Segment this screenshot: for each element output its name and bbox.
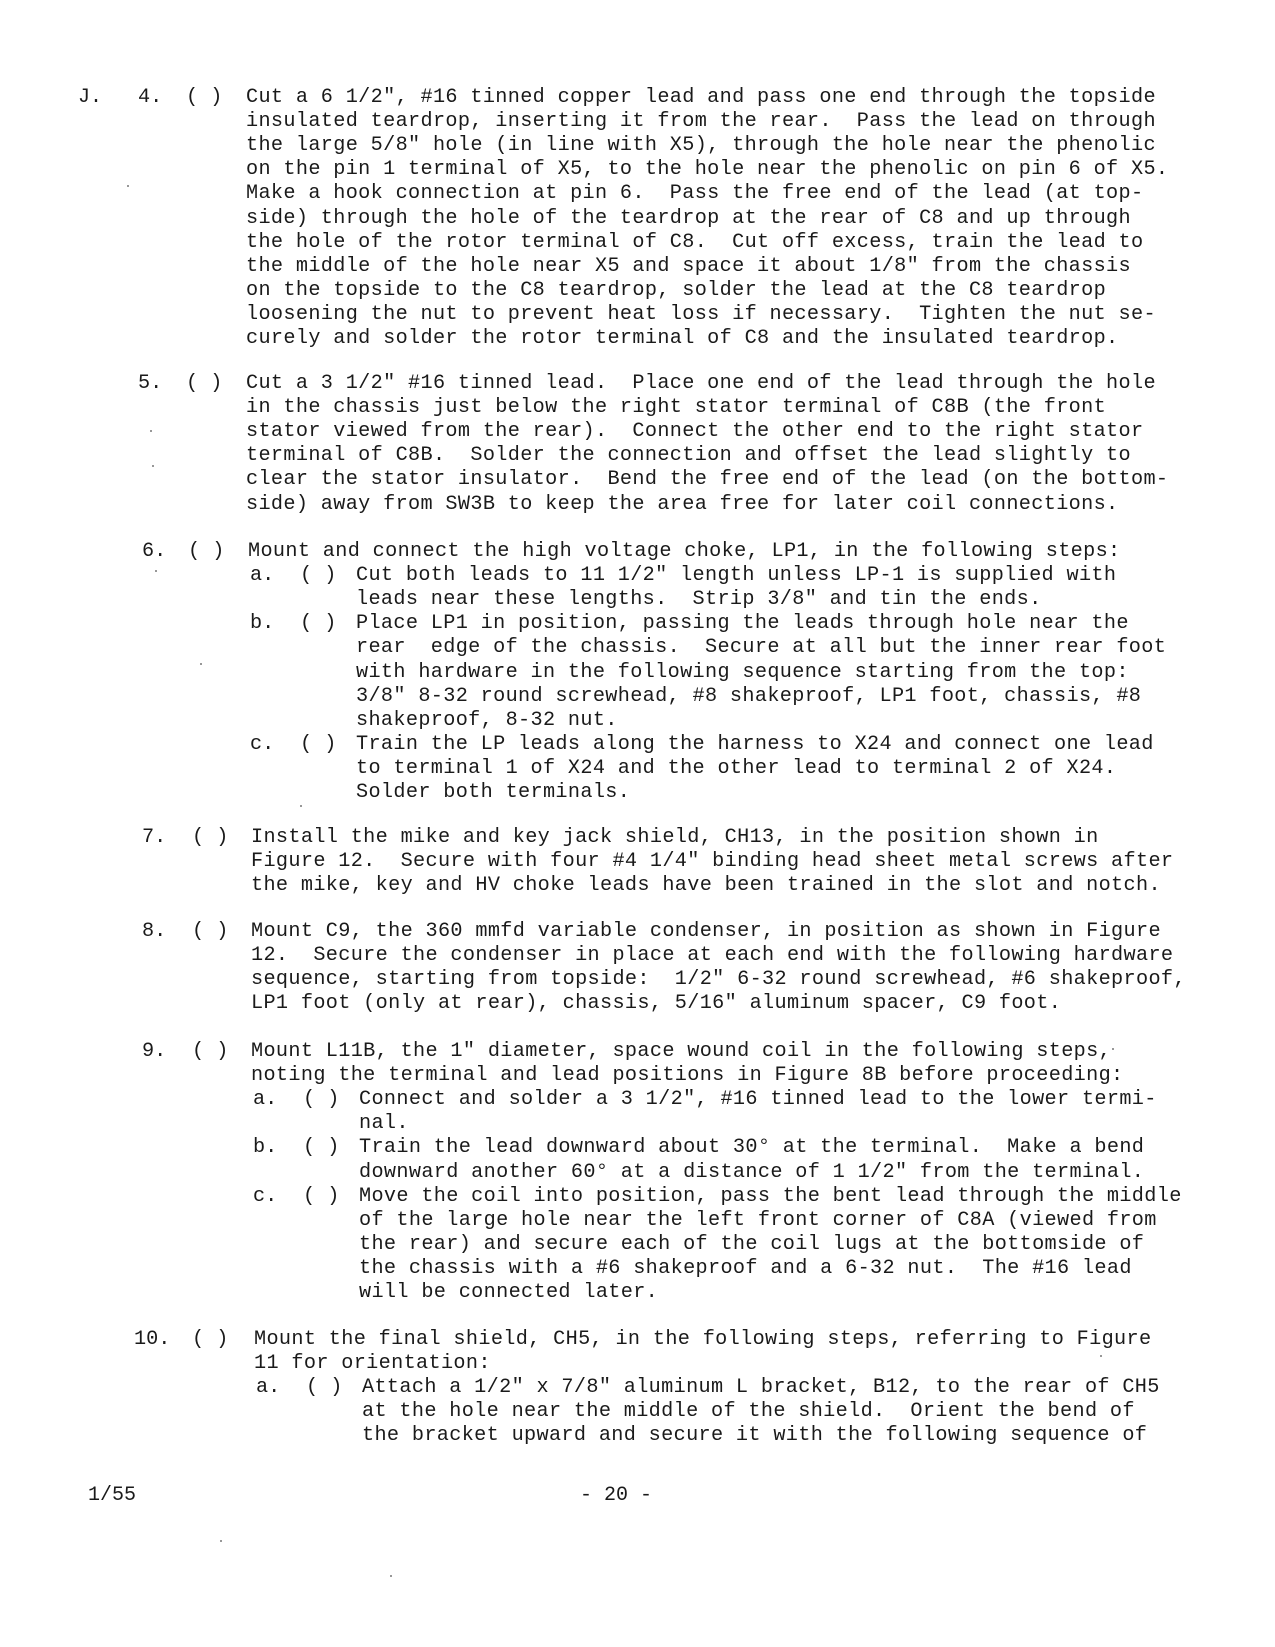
substep-text-line: Solder both terminals. [356,781,630,805]
step-number: 9. [142,1040,166,1064]
step-number: 6. [142,540,166,564]
scan-speck [152,465,154,467]
step-checkbox[interactable]: ( ) [192,826,228,850]
step-text-line: side) away from SW3B to keep the area fr… [246,493,1119,517]
step-text-line: Mount C9, the 360 mmfd variable condense… [251,920,1161,944]
substep-text-line: Connect and solder a 3 1/2", #16 tinned … [359,1088,1157,1112]
substep-letter: a. [256,1376,280,1400]
step-text-line: curely and solder the rotor terminal of … [246,327,1119,351]
scan-speck [390,1575,392,1577]
section-letter: J. [78,86,102,110]
substep-text-line: rear edge of the chassis. Secure at all … [356,636,1166,660]
step-text-line: noting the terminal and lead positions i… [251,1064,1124,1088]
substep-text-line: of the large hole near the left front co… [359,1209,1157,1233]
step-text-line: the large 5/8" hole (in line with X5), t… [246,134,1156,158]
step-checkbox[interactable]: ( ) [186,86,222,110]
substep-text-line: Train the lead downward about 30° at the… [359,1136,1144,1160]
substep-text-line: shakeproof, 8-32 nut. [356,709,618,733]
substep-checkbox[interactable]: ( ) [303,1088,339,1112]
step-text-line: the hole of the rotor terminal of C8. Cu… [246,231,1143,255]
substep-text-line: the bracket upward and secure it with th… [362,1424,1147,1448]
substep-text-line: Move the coil into position, pass the be… [359,1185,1182,1209]
substep-text-line: downward another 60° at a distance of 1 … [359,1161,1144,1185]
step-text-line: the middle of the hole near X5 and space… [246,255,1131,279]
scan-speck [300,805,302,807]
substep-letter: c. [250,733,274,757]
document-page: J. 4.( )Cut a 6 1/2", #16 tinned copper … [0,0,1275,1647]
substep-text-line: Attach a 1/2" x 7/8" aluminum L bracket,… [362,1376,1160,1400]
step-text-line: Mount and connect the high voltage choke… [248,540,1121,564]
step-checkbox[interactable]: ( ) [188,540,224,564]
date-code: 1/55 [88,1484,136,1508]
step-text-line: on the topside to the C8 teardrop, solde… [246,279,1106,303]
substep-text-line: nal. [359,1112,409,1136]
step-text-line: loosening the nut to prevent heat loss i… [246,303,1156,327]
substep-text-line: Cut both leads to 11 1/2" length unless … [356,564,1116,588]
step-checkbox[interactable]: ( ) [192,920,228,944]
step-checkbox[interactable]: ( ) [192,1040,228,1064]
scan-speck [1112,1048,1114,1050]
substep-checkbox[interactable]: ( ) [300,612,336,636]
step-number: 7. [142,826,166,850]
step-number: 8. [142,920,166,944]
step-text-line: the mike, key and HV choke leads have be… [251,874,1161,898]
substep-checkbox[interactable]: ( ) [306,1376,342,1400]
substep-text-line: leads near these lengths. Strip 3/8" and… [356,588,1042,612]
substep-letter: b. [253,1136,277,1160]
scan-speck [127,185,129,187]
substep-checkbox[interactable]: ( ) [303,1185,339,1209]
step-text-line: stator viewed from the rear). Connect th… [246,420,1143,444]
page-number: - 20 - [580,1484,652,1508]
substep-text-line: Place LP1 in position, passing the leads… [356,612,1129,636]
step-text-line: 12. Secure the condenser in place at eac… [251,944,1173,968]
step-text-line: 11 for orientation: [254,1352,491,1376]
step-text-line: insulated teardrop, inserting it from th… [246,110,1156,134]
step-text-line: Install the mike and key jack shield, CH… [251,826,1099,850]
step-text-line: Make a hook connection at pin 6. Pass th… [246,182,1143,206]
step-number: 10. [134,1328,170,1352]
step-text-line: Mount the final shield, CH5, in the foll… [254,1328,1151,1352]
step-text-line: Cut a 6 1/2", #16 tinned copper lead and… [246,86,1156,110]
step-number: 5. [138,372,162,396]
step-text-line: Mount L11B, the 1" diameter, space wound… [251,1040,1111,1064]
step-text-line: clear the stator insulator. Bend the fre… [246,468,1168,492]
step-number: 4. [138,86,162,110]
substep-letter: b. [250,612,274,636]
step-text-line: Figure 12. Secure with four #4 1/4" bind… [251,850,1173,874]
substep-text-line: the chassis with a #6 shakeproof and a 6… [359,1257,1132,1281]
substep-checkbox[interactable]: ( ) [300,733,336,757]
scan-speck [220,1540,222,1542]
substep-text-line: the rear) and secure each of the coil lu… [359,1233,1144,1257]
substep-text-line: at the hole near the middle of the shiel… [362,1400,1135,1424]
scan-speck [150,430,152,432]
substep-text-line: with hardware in the following sequence … [356,661,1129,685]
step-text-line: in the chassis just below the right stat… [246,396,1106,420]
step-checkbox[interactable]: ( ) [192,1328,228,1352]
substep-text-line: Train the LP leads along the harness to … [356,733,1154,757]
step-text-line: LP1 foot (only at rear), chassis, 5/16" … [251,992,1061,1016]
substep-checkbox[interactable]: ( ) [300,564,336,588]
step-text-line: sequence, starting from topside: 1/2" 6-… [251,968,1186,992]
step-text-line: terminal of C8B. Solder the connection a… [246,444,1131,468]
substep-letter: c. [253,1185,277,1209]
step-text-line: on the pin 1 terminal of X5, to the hole… [246,158,1168,182]
step-text-line: side) through the hole of the teardrop a… [246,207,1131,231]
substep-text-line: to terminal 1 of X24 and the other lead … [356,757,1116,781]
scan-speck [1100,1355,1102,1357]
scan-speck [155,570,157,572]
substep-text-line: will be connected later. [359,1281,658,1305]
substep-letter: a. [250,564,274,588]
substep-letter: a. [253,1088,277,1112]
substep-text-line: 3/8" 8-32 round screwhead, #8 shakeproof… [356,685,1141,709]
step-checkbox[interactable]: ( ) [186,372,222,396]
step-text-line: Cut a 3 1/2" #16 tinned lead. Place one … [246,372,1156,396]
scan-speck [200,663,202,665]
substep-checkbox[interactable]: ( ) [303,1136,339,1160]
